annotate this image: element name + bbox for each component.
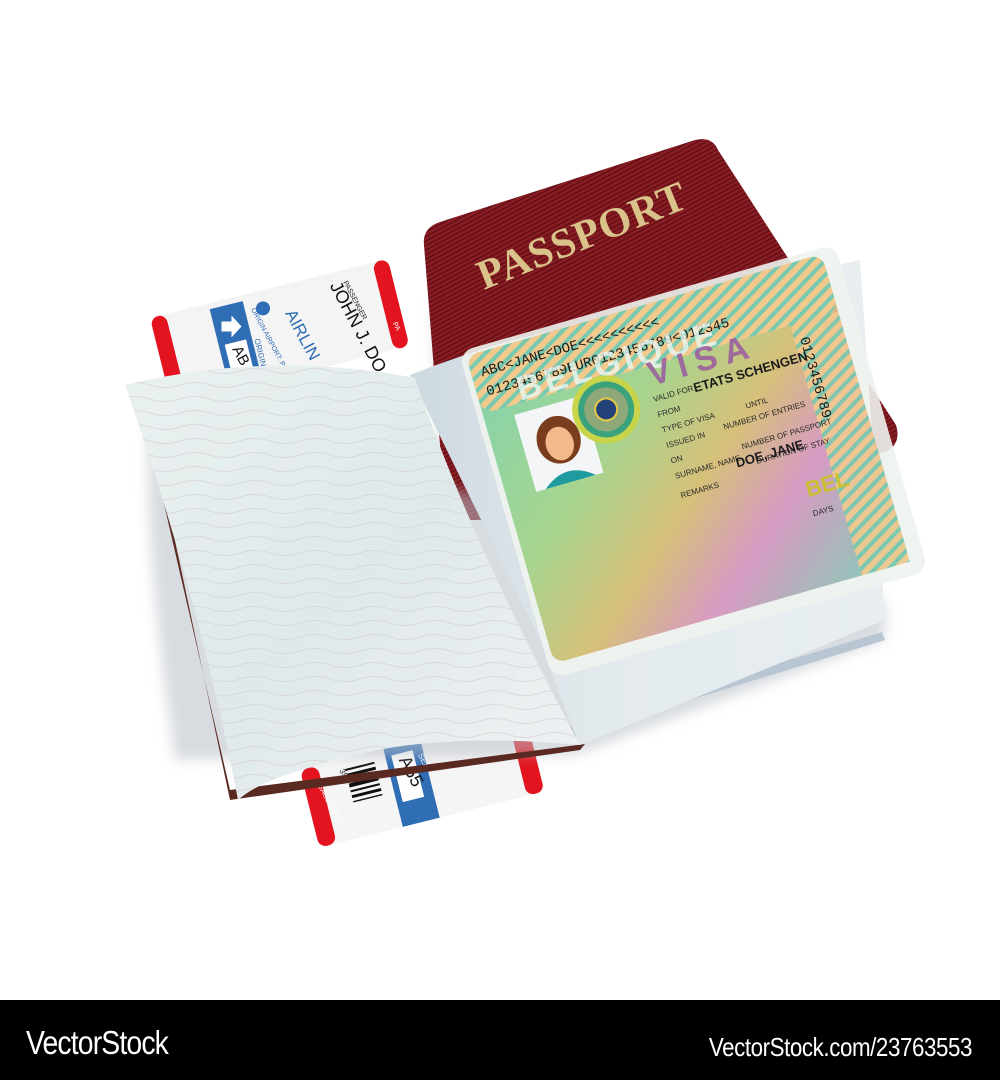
passport-illustration: PASSPORT ORIGIN AIRPORT: PA PASSENGER JO… xyxy=(0,0,1000,1000)
watermark-footer: VectorStock VectorStock.com/23763553 xyxy=(0,1000,1000,1080)
brand-logo: VectorStock xyxy=(26,1024,168,1062)
reference-link: VectorStock.com/23763553 xyxy=(709,1032,972,1063)
